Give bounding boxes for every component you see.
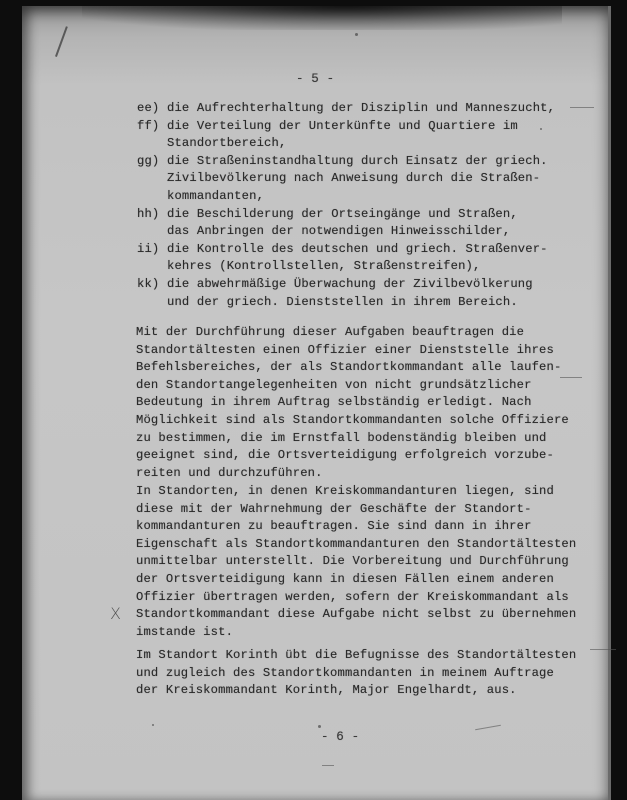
paragraph-line: der Kreiskommandant Korinth, Major Engel… bbox=[136, 683, 517, 697]
item-text-line: die abwehrmäßige Überwachung der Zivilbe… bbox=[167, 277, 533, 291]
paragraph-line: geeignet sind, die Ortsverteidigung erfo… bbox=[136, 448, 554, 462]
paragraph-line: Standortältesten einen Offizier einer Di… bbox=[136, 343, 554, 357]
item-text-line: die Kontrolle des deutschen und griech. … bbox=[167, 242, 548, 256]
scan-scratch bbox=[560, 377, 582, 378]
item-text-line: das Anbringen der notwendigen Hinweissch… bbox=[167, 224, 510, 238]
paper-tear bbox=[55, 26, 81, 62]
item-text-line: kommandanten, bbox=[167, 189, 264, 203]
item-label: hh) bbox=[137, 207, 159, 221]
paragraph-line: unmittelbar unterstellt. Die Vorbereitun… bbox=[136, 554, 569, 568]
paragraph-line: imstande ist. bbox=[136, 625, 233, 639]
item-label: kk) bbox=[137, 277, 159, 291]
paragraph-line: Offizier übertragen werden, sofern der K… bbox=[136, 590, 569, 604]
paragraph-line: reiten und durchzuführen. bbox=[136, 466, 323, 480]
paragraph-line: Eigenschaft als Standortkommandanturen d… bbox=[136, 537, 576, 551]
item-text-line: die Aufrechterhaltung der Disziplin und … bbox=[167, 101, 555, 115]
item-label: gg) bbox=[137, 154, 159, 168]
scan-speck bbox=[355, 33, 358, 36]
page-number-top: - 5 - bbox=[296, 72, 334, 86]
paragraph-line: Befehlsbereiches, der als Standortkomman… bbox=[136, 360, 561, 374]
item-label: ii) bbox=[137, 242, 159, 256]
paragraph-line: kommandanturen zu beauftragen. Sie sind … bbox=[136, 519, 532, 533]
item-text-line: die Beschilderung der Ortseingänge und S… bbox=[167, 207, 518, 221]
scan-scratch bbox=[570, 107, 594, 108]
scan-speck bbox=[318, 725, 321, 728]
item-label: ee) bbox=[137, 101, 159, 115]
scan-shadow bbox=[82, 6, 562, 30]
item-label: ff) bbox=[137, 119, 159, 133]
item-text-line: und der griech. Dienststellen in ihrem B… bbox=[167, 295, 518, 309]
paragraph-line: der Ortsverteidigung kann in diesen Fäll… bbox=[136, 572, 554, 586]
paragraph-line: Bedeutung in ihrem Auftrag selbständig e… bbox=[136, 395, 532, 409]
item-text-line: Zivilbevölkerung nach Anweisung durch di… bbox=[167, 171, 540, 185]
item-text-line: kehres (Kontrollstellen, Straßenstreifen… bbox=[167, 259, 480, 273]
page-number-bottom: - 6 - bbox=[321, 730, 359, 744]
paragraph-line: In Standorten, in denen Kreiskommandantu… bbox=[136, 484, 554, 498]
paragraph-line: diese mit der Wahrnehmung der Geschäfte … bbox=[136, 502, 532, 516]
paragraph-line: und zugleich des Standortkommandanten in… bbox=[136, 666, 554, 680]
scan-scratch bbox=[322, 765, 334, 766]
paragraph-line: zu bestimmen, die im Ernstfall bodenstän… bbox=[136, 431, 547, 445]
item-text-line: Standortbereich, bbox=[167, 136, 286, 150]
item-text-line: die Straßeninstandhaltung durch Einsatz … bbox=[167, 154, 548, 168]
paragraph-line: Möglichkeit sind als Standortkommandante… bbox=[136, 413, 569, 427]
scan-scratch bbox=[590, 649, 616, 650]
paragraph-line: Im Standort Korinth übt die Befugnisse d… bbox=[136, 648, 576, 662]
paragraph-line: Mit der Durchführung dieser Aufgaben bea… bbox=[136, 325, 524, 339]
scan-speck bbox=[152, 724, 154, 726]
paragraph-line: Standortkommandant diese Aufgabe nicht s… bbox=[136, 607, 576, 621]
item-text-line: die Verteilung der Unterkünfte und Quart… bbox=[167, 119, 518, 133]
margin-x-mark: X bbox=[110, 604, 121, 623]
scan-speck bbox=[540, 128, 542, 130]
paragraph-line: den Standortangelegenheiten von nicht gr… bbox=[136, 378, 532, 392]
